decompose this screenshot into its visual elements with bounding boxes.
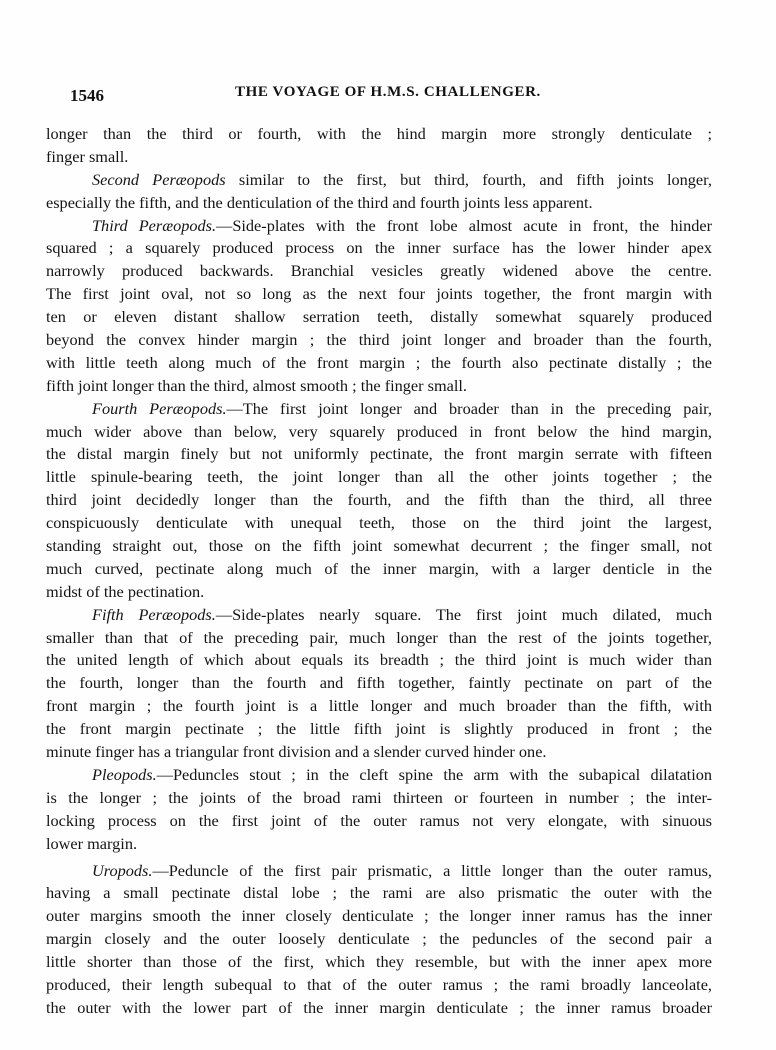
text-line: especially the fifth, and the denticulat… [46,192,712,215]
section-heading: Uropods. [92,861,152,880]
text-line: the united length of which about equals … [46,649,712,672]
text-line: fifth joint longer than the third, almos… [46,375,712,398]
text-line: third joint decidedly longer than the fo… [46,489,712,512]
text-run: —Peduncles stout ; in the cleft spine th… [157,765,712,784]
text-run: similar to the first, but third, fourth,… [226,170,712,189]
text-line: standing straight out, those on the fift… [46,535,712,558]
text-line: minute finger has a triangular front div… [46,741,712,764]
paragraph-fourth-peraeopods: Fourth Peræopods.—The first joint longer… [46,398,712,604]
paragraph-uropods: Uropods.—Peduncle of the first pair pris… [46,860,712,1020]
paragraph-second-peraeopods: Second Peræopods similar to the first, b… [46,169,712,215]
text-line: conspicuously denticulate with unequal t… [46,512,712,535]
text-line: little spinule-bearing teeth, the joint … [46,466,712,489]
section-heading: Pleopods. [92,765,157,784]
text-line: lower margin. [46,833,712,856]
text-line: Third Peræopods.—Side-plates with the fr… [46,215,712,238]
text-run: —Side-plates nearly square. The first jo… [216,605,712,624]
body-text: longer than the third or fourth, with th… [46,123,712,1020]
text-line: Pleopods.—Peduncles stout ; in the cleft… [46,764,712,787]
text-line: little shorter than those of the first, … [46,951,712,974]
text-line: outer margins smooth the inner closely d… [46,905,712,928]
text-line: the outer with the lower part of the inn… [46,997,712,1020]
text-line: the distal margin finely but not uniform… [46,443,712,466]
paragraph-pleopods: Pleopods.—Peduncles stout ; in the cleft… [46,764,712,856]
text-line: with little teeth along much of the fron… [46,352,712,375]
text-line: produced, their length subequal to that … [46,974,712,997]
text-line: finger small. [46,146,712,169]
text-line: narrowly produced backwards. Branchial v… [46,260,712,283]
text-run: —Peduncle of the first pair prismatic, a… [152,861,712,880]
document-page: 1546 THE VOYAGE OF H.M.S. CHALLENGER. lo… [0,0,776,1050]
text-line: smaller than that of the preceding pair,… [46,627,712,650]
text-line: Second Peræopods similar to the first, b… [46,169,712,192]
text-line: front margin ; the fourth joint is a lit… [46,695,712,718]
section-heading: Fifth Peræopods. [92,605,216,624]
text-line: Fifth Peræopods.—Side-plates nearly squa… [46,604,712,627]
paragraph-fifth-peraeopods: Fifth Peræopods.—Side-plates nearly squa… [46,604,712,764]
text-run: —The first joint longer and broader than… [227,399,712,418]
text-line: longer than the third or fourth, with th… [46,123,712,146]
paragraph-third-peraeopods: Third Peræopods.—Side-plates with the fr… [46,215,712,398]
section-heading: Fourth Peræopods. [92,399,227,418]
section-heading: Third Peræopods. [92,216,216,235]
text-line: beyond the convex hinder margin ; the th… [46,329,712,352]
text-line: the front margin pectinate ; the little … [46,718,712,741]
text-line: squared ; a squarely produced process on… [46,237,712,260]
text-line: the fourth, longer than the fourth and f… [46,672,712,695]
section-heading: Second Peræopods [92,170,226,189]
text-line: Uropods.—Peduncle of the first pair pris… [46,860,712,883]
text-line: much curved, pectinate along much of the… [46,558,712,581]
text-line: Fourth Peræopods.—The first joint longer… [46,398,712,421]
running-title: THE VOYAGE OF H.M.S. CHALLENGER. [235,84,541,101]
text-line: The first joint oval, not so long as the… [46,283,712,306]
paragraph-continuation: longer than the third or fourth, with th… [46,123,712,169]
text-line: midst of the pectination. [46,581,712,604]
page-number: 1546 [70,86,104,106]
text-line: ten or eleven distant shallow serration … [46,306,712,329]
text-run: —Side-plates with the front lobe almost … [216,216,712,235]
text-line: locking process on the first joint of th… [46,810,712,833]
text-line: margin closely and the outer loosely den… [46,928,712,951]
text-line: is the longer ; the joints of the broad … [46,787,712,810]
text-line: having a small pectinate distal lobe ; t… [46,882,712,905]
text-line: much wider above than below, very square… [46,421,712,444]
